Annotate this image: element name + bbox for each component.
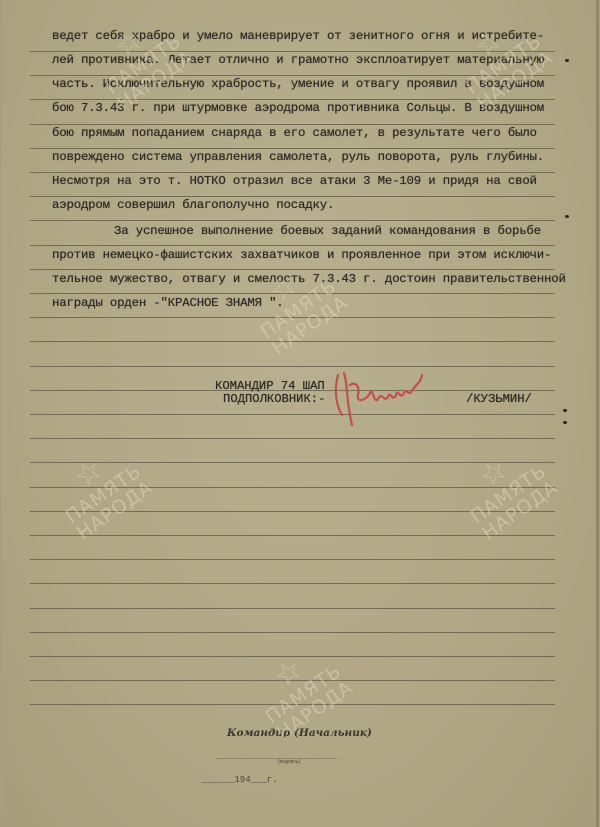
date-field: ______194___г.	[202, 775, 278, 785]
ink-spot	[565, 59, 569, 62]
ruled-line	[30, 535, 555, 536]
ruled-line	[30, 414, 555, 415]
watermark: ☆ПАМЯТЬНАРОДА	[445, 6, 557, 114]
ink-spot	[563, 409, 567, 412]
ruled-line	[30, 245, 555, 246]
ruled-line	[30, 438, 555, 439]
ink-spot	[563, 421, 567, 424]
ruled-line	[30, 366, 555, 367]
ruled-line	[30, 220, 555, 221]
document-page: ведет себя храбро и умело маневрирует от…	[2, 0, 599, 827]
signature-line	[217, 758, 337, 759]
watermark: ☆ПАМЯТЬНАРОДА	[450, 436, 562, 544]
signatory-title-2: ПОДПОЛКОВНИК:-	[223, 392, 325, 406]
watermark: ☆ПАМЯТЬНАРОДА	[240, 251, 352, 359]
handwritten-signature	[330, 365, 430, 430]
ruled-line	[30, 196, 555, 197]
ruled-line	[30, 583, 555, 584]
ruled-line	[30, 559, 555, 560]
text-line: аэродром совершил благополучно посадку.	[52, 198, 334, 212]
ink-spot	[565, 215, 569, 218]
ruled-line	[30, 608, 555, 609]
ruled-line	[30, 124, 555, 125]
text-line: За успешное выполнение боевых заданий ко…	[114, 224, 541, 238]
text-line: повреждено система управления самолета, …	[52, 150, 544, 164]
watermark: ☆ПАМЯТЬНАРОДА	[85, 6, 197, 114]
signature-caption: (подпись)	[278, 759, 300, 765]
ruled-line	[30, 632, 555, 633]
text-line: бою прямым попаданием снаряда в его само…	[52, 126, 537, 140]
signatory-name: /КУЗЬМИН/	[466, 392, 532, 406]
watermark: ☆ПАМЯТЬНАРОДА	[45, 436, 157, 544]
text-line: Несмотря на это т. НОТКО отразил все ата…	[52, 174, 537, 188]
signatory-title-1: КОМАНДИР 74 ШАП	[215, 379, 325, 393]
ruled-line	[30, 148, 555, 149]
ruled-line	[30, 172, 555, 173]
